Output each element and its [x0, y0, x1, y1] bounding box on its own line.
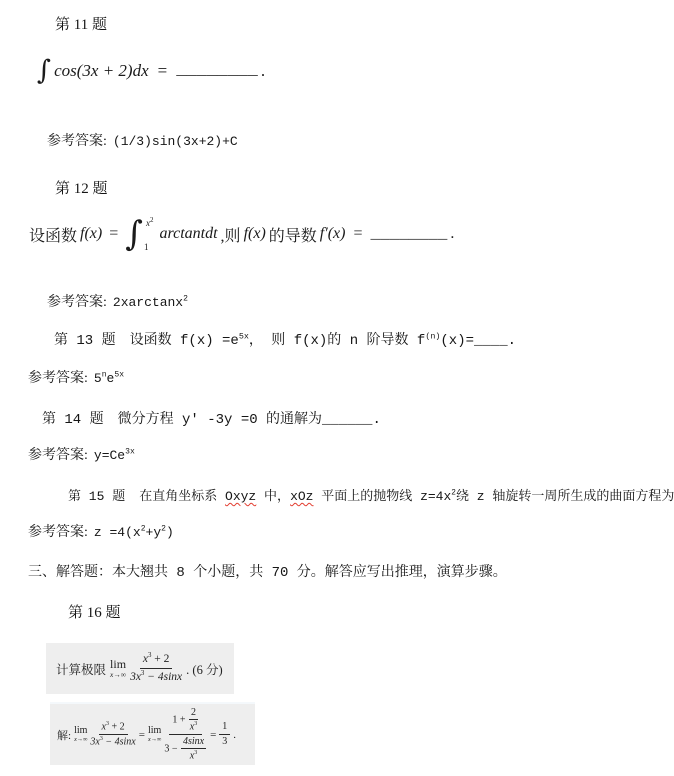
q13-text-1: 设函数 f(x) =e	[130, 333, 239, 349]
den-base: 3x	[90, 736, 99, 747]
q12-answer-value: 2xarctanx2	[113, 295, 188, 310]
q12-integrand: arctantdt	[159, 225, 217, 243]
nested-fraction: 4sinxx3	[181, 736, 206, 762]
q13-answer-value: 5ne5x	[94, 371, 124, 386]
integral-limits: x2 1	[146, 216, 154, 252]
nested-den: x3	[190, 720, 197, 733]
q15-answer-line: 参考答案:z =4(x2+y2)	[28, 521, 174, 541]
answer-label: 参考答案:	[28, 448, 88, 463]
q11-formula: ∫ cos(3x + 2)dx = ________ .	[37, 57, 265, 84]
q12-answer-base: 2xarctanx	[113, 295, 183, 310]
q12-fx2: f(x)	[244, 225, 266, 243]
q15-text-3: 平面上的抛物线 z=4x	[313, 489, 451, 504]
q12-fx: f(x)	[80, 225, 102, 243]
fraction-numerator: x3 + 2	[99, 721, 128, 735]
nested-den: x3	[190, 749, 197, 762]
q14-text: 微分方程 y′ -3y =0 的通解为	[118, 412, 322, 428]
q13-line: 第 13 题设函数 f(x) =e5x， 则 f(x)的 n 阶导数 f(n)(…	[54, 329, 516, 349]
q13-answer-base-1: 5	[94, 371, 102, 386]
q13-exponent-1: 5x	[239, 331, 249, 341]
equals-sign: =	[353, 225, 362, 243]
q15-oxyz-misspelled: Oxyz	[225, 489, 256, 504]
den-prefix: 3 −	[164, 743, 180, 754]
fraction-denominator: 3x3 − 4sinx	[130, 669, 182, 685]
period: .	[508, 333, 516, 349]
period: .	[450, 225, 454, 243]
q13-answer-blank: ____	[474, 333, 508, 349]
den-rest: − 4sinx	[144, 671, 182, 683]
q16-solution-block: 解: limx→∞ x3 + 2 3x3 − 4sinx = limx→∞ 1 …	[50, 702, 255, 765]
q16-title: 第 16 题	[68, 601, 121, 622]
den-base: 3x	[130, 671, 141, 683]
solution-label: 解:	[57, 727, 71, 743]
section3-header: 三、解答题：本大翘共 8 个小题，共 70 分。解答应写出推理，演算步骤。	[28, 561, 507, 581]
q16-score: . (6 分)	[186, 660, 222, 678]
q15-xoz-misspelled: xOz	[290, 489, 313, 504]
equals-sign: =	[158, 61, 168, 81]
q16-prompt: 计算极限	[56, 660, 106, 678]
q14-answer-value: y=Ce3x	[94, 448, 135, 463]
q12-answer-line: 参考答案:2xarctanx2	[47, 291, 188, 311]
num-rest: + 2	[109, 721, 125, 732]
solution-fraction-1: x3 + 2 3x3 − 4sinx	[90, 721, 135, 749]
period: .	[261, 61, 265, 81]
q12-title: 第 12 题	[55, 177, 108, 198]
q11-integrand: cos(3x + 2)dx	[54, 61, 149, 81]
equals-sign: =	[139, 729, 145, 741]
result-num: 1	[219, 721, 230, 735]
q16-formula-block: 计算极限 limx→∞ x3 + 2 3x3 − 4sinx . (6 分)	[46, 643, 234, 694]
lim-subscript: x→∞	[110, 671, 126, 678]
nested-num: 4sinx	[181, 736, 206, 749]
q11-answer-value: (1/3)sin(3x+2)+C	[113, 134, 238, 149]
exam-document-page: 第 11 题 ∫ cos(3x + 2)dx = ________ . 参考答案…	[0, 0, 674, 776]
lim-word: lim	[74, 726, 87, 736]
answer-label: 参考答案:	[47, 295, 107, 310]
q13-answer-line: 参考答案:5ne5x	[28, 367, 124, 387]
q13-title: 第 13 题	[54, 333, 116, 349]
period: .	[372, 412, 380, 428]
q12-deriv-text: 的导数	[269, 223, 317, 246]
lim-subscript: x→∞	[148, 737, 161, 743]
equals-sign: =	[109, 225, 118, 243]
lim-word: lim	[148, 726, 161, 736]
q15-answer-part-3: )	[166, 525, 174, 540]
q14-answer-base: y=Ce	[94, 448, 125, 463]
fraction-denominator: 3x3 − 4sinx	[90, 735, 135, 748]
lim-word: lim	[110, 658, 126, 670]
q13-text-2: ， 则 f(x)的 n 阶导数 f	[249, 333, 425, 349]
nested-fraction: 2x3	[189, 707, 198, 733]
num-prefix: 1 +	[172, 714, 188, 725]
q15-line: 第 15 题在直角坐标系 Oxyz 中，xOz 平面上的抛物线 z=4x2绕 z…	[68, 485, 674, 504]
limit-operator: limx→∞	[110, 658, 126, 678]
q13-text-3: (x)=	[440, 333, 474, 349]
fraction-numerator: 1 + 2x3	[169, 707, 202, 735]
num-rest: + 2	[151, 653, 169, 665]
q11-title: 第 11 题	[55, 13, 107, 34]
integral-lower-limit: 1	[144, 242, 149, 252]
den-rest: − 4sinx	[103, 736, 136, 747]
answer-label: 参考答案:	[28, 525, 88, 540]
q15-answer-value: z =4(x2+y2)	[94, 525, 174, 540]
upper-limit-exponent: 2	[150, 216, 154, 224]
q13-answer-exp-2: 5x	[114, 371, 124, 380]
q15-answer-part-1: z =4(x	[94, 525, 141, 540]
solution-fraction-2: 1 + 2x3 3 − 4sinxx3	[164, 707, 207, 763]
q14-line: 第 14 题微分方程 y′ -3y =0 的通解为______.	[42, 408, 381, 428]
q14-answer-line: 参考答案:y=Ce3x	[28, 444, 135, 464]
integral-sign: ∫	[37, 57, 51, 84]
limit-operator: limx→∞	[148, 726, 161, 743]
fraction-denominator: 3 − 4sinxx3	[164, 735, 207, 762]
fraction-numerator: x3 + 2	[140, 652, 173, 669]
nested-den-exponent: 3	[194, 750, 197, 756]
q12-mid-text: ,则	[221, 223, 241, 246]
answer-label: 参考答案:	[28, 371, 88, 386]
q11-answer-line: 参考答案:(1/3)sin(3x+2)+C	[47, 130, 238, 150]
q16-fraction: x3 + 2 3x3 − 4sinx	[130, 652, 182, 684]
q12-fprime: f′(x)	[320, 225, 346, 243]
q15-text-2: 中，	[256, 489, 290, 504]
q12-answer-exponent: 2	[183, 295, 188, 304]
q15-title: 第 15 题	[68, 489, 125, 504]
q14-answer-exponent: 3x	[125, 448, 135, 457]
q11-answer-blank: ________	[176, 61, 258, 80]
result-fraction: 13	[219, 721, 230, 748]
integral-sign: ∫	[125, 217, 143, 251]
q12-answer-blank: ________	[371, 225, 448, 243]
q14-answer-blank: ______	[322, 412, 372, 428]
nested-den-exponent: 3	[194, 721, 197, 727]
period: .	[233, 729, 236, 741]
answer-label: 参考答案:	[47, 134, 107, 149]
nested-num: 2	[189, 707, 198, 720]
limit-operator: limx→∞	[74, 726, 87, 743]
result-den: 3	[222, 735, 227, 748]
q13-exponent-2: (n)	[425, 331, 440, 341]
integral-upper-limit: x2	[146, 216, 154, 228]
q14-title: 第 14 题	[42, 412, 104, 428]
q15-answer-part-2: +y	[146, 525, 162, 540]
lim-subscript: x→∞	[74, 737, 87, 743]
equals-sign: =	[210, 729, 216, 741]
q12-prefix: 设函数	[29, 223, 77, 246]
q15-text-4: 绕 z 轴旋转一周所生成的曲面方程为	[456, 489, 674, 504]
q15-text-1: 在直角坐标系	[139, 489, 225, 504]
q12-formula: 设函数 f(x) = ∫ x2 1 arctantdt ,则 f(x) 的导数 …	[29, 216, 454, 252]
